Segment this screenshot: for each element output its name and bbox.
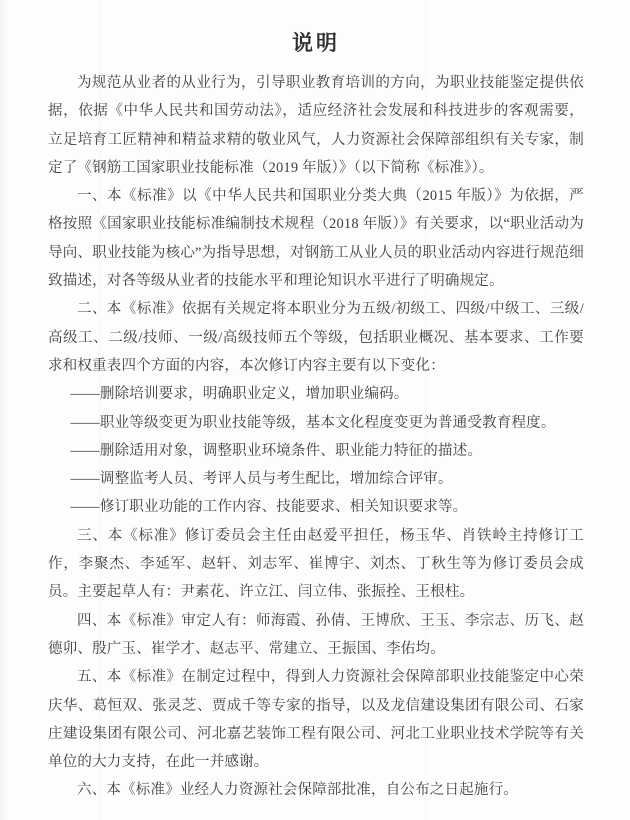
section-6-paragraph: 六、本《标准》业经人力资源社会保障部批准，自公布之日起施行。 <box>48 776 584 804</box>
document-body: 为规范从业者的从业行为，引导职业教育培训的方向，为职业技能鉴定提供依据，依据《中… <box>48 69 584 805</box>
revision-change-item: ——删除适用对象，调整职业环境条件、职业能力特征的描述。 <box>48 437 584 465</box>
section-2-paragraph: 二、本《标准》依据有关规定将本职业分为五级/初级工、四级/中级工、三级/高级工、… <box>48 295 584 380</box>
section-5-paragraph: 五、本《标准》在制定过程中，得到人力资源社会保障部职业技能鉴定中心荣庆华、葛恒双… <box>48 663 584 776</box>
section-1-paragraph: 一、本《标准》以《中华人民共和国职业分类大典（2015 年版）》为依据，严格按照… <box>48 182 584 295</box>
revision-change-item: ——调整监考人员、考评人员与考生配比，增加综合评审。 <box>48 465 584 493</box>
section-4-paragraph: 四、本《标准》审定人有：师海霞、孙倩、王博欣、王玉、李宗志、历飞、赵德卯、殷广玉… <box>48 607 584 664</box>
revision-change-item: ——职业等级变更为职业技能等级，基本文化程度变更为普通受教育程度。 <box>48 409 584 437</box>
intro-paragraph: 为规范从业者的从业行为，引导职业教育培训的方向，为职业技能鉴定提供依据，依据《中… <box>48 69 584 182</box>
scan-edge-smudge <box>0 0 7 820</box>
section-3-paragraph: 三、本《标准》修订委员会主任由赵爱平担任，杨玉华、肖铁岭主持修订工作，李聚杰、李… <box>48 522 584 607</box>
document-page: 说明 为规范从业者的从业行为，引导职业教育培训的方向，为职业技能鉴定提供依据，依… <box>0 0 630 820</box>
revision-change-item: ——删除培训要求，明确职业定义，增加职业编码。 <box>48 380 584 408</box>
revision-change-item: ——修订职业功能的工作内容、技能要求、相关知识要求等。 <box>48 493 584 521</box>
page-title: 说明 <box>48 30 584 56</box>
